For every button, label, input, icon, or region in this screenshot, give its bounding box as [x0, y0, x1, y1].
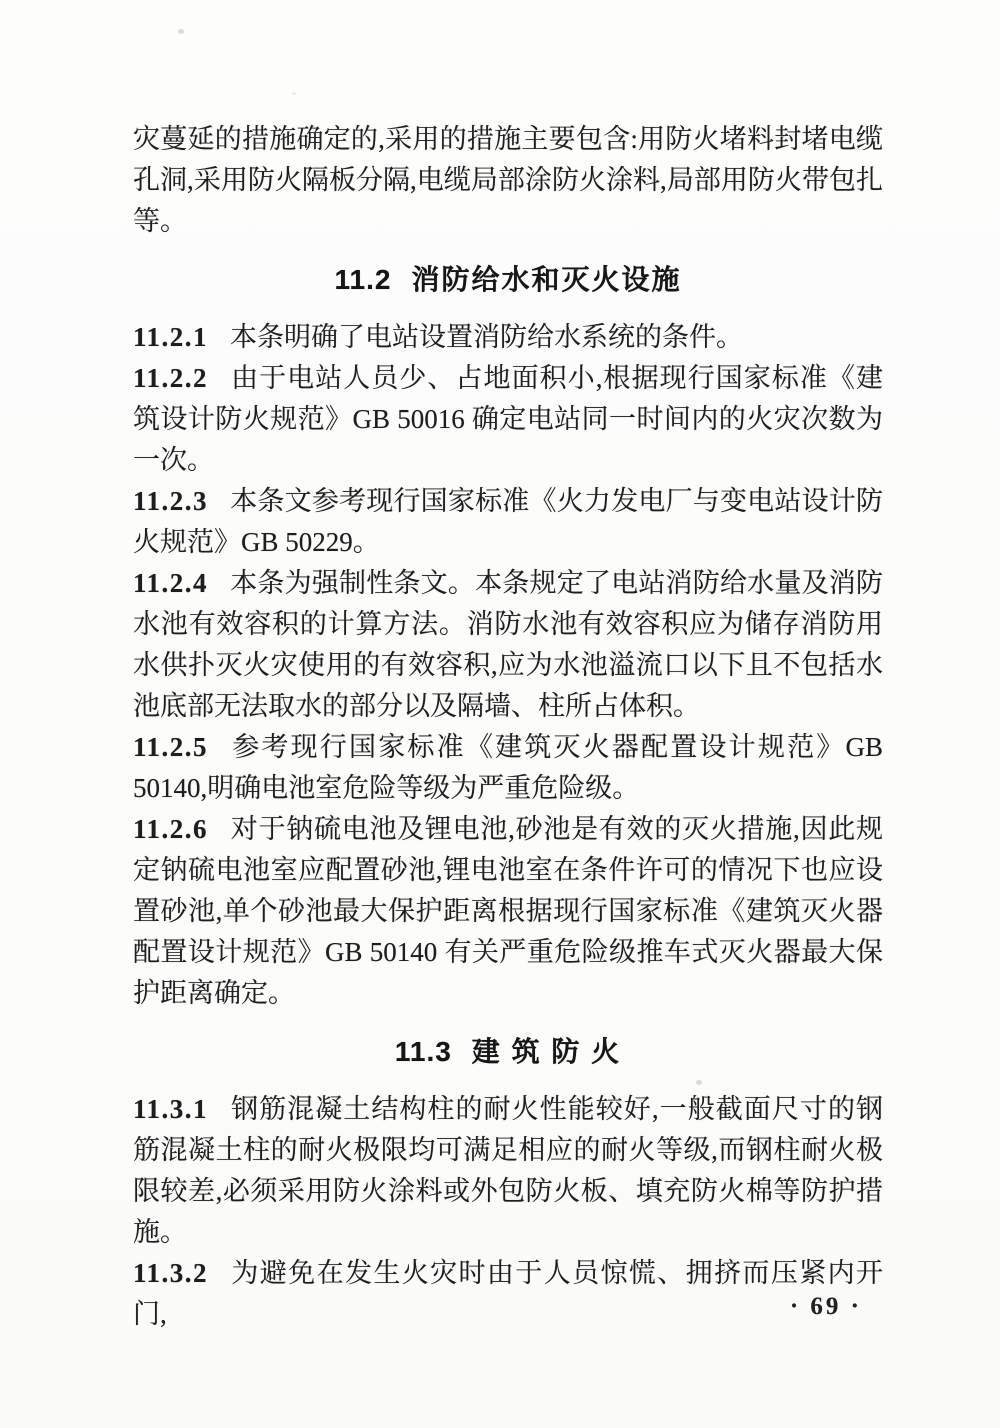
clause-text: 参考现行国家标准《建筑灭火器配置设计规范》GB 50140,明确电池室危险等级为…	[133, 732, 883, 803]
clause-number: 11.2.5	[133, 732, 230, 762]
clause-11-2-3: 11.2.3本条文参考现行国家标准《火力发电厂与变电站设计防火规范》GB 502…	[133, 481, 883, 563]
clause-number: 11.2.6	[133, 814, 230, 844]
clause-number: 11.2.2	[133, 363, 230, 393]
document-page: 灾蔓延的措施确定的,采用的措施主要包含:用防火堵料封堵电缆孔洞,采用防火隔板分隔…	[0, 0, 1000, 1428]
clause-11-3-2: 11.3.2为避免在发生火灾时由于人员惊慌、拥挤而压紧内开门,	[133, 1253, 883, 1335]
paragraph-continuation: 灾蔓延的措施确定的,采用的措施主要包含:用防火堵料封堵电缆孔洞,采用防火隔板分隔…	[133, 119, 883, 242]
clause-number: 11.2.1	[133, 322, 230, 352]
page-number: · 69 ·	[790, 1292, 862, 1322]
scan-speck	[292, 92, 296, 95]
clause-text: 本条为强制性条文。本条规定了电站消防给水量及消防水池有效容积的计算方法。消防水池…	[133, 568, 883, 721]
scan-speck	[178, 29, 184, 34]
clause-text: 本条文参考现行国家标准《火力发电厂与变电站设计防火规范》GB 50229。	[133, 486, 883, 557]
clause-number: 11.3.1	[133, 1094, 230, 1124]
clause-11-2-2: 11.2.2由于电站人员少、占地面积小,根据现行国家标准《建筑设计防火规范》GB…	[133, 358, 883, 481]
section-number: 11.3	[395, 1036, 472, 1067]
clause-number: 11.2.4	[133, 568, 230, 598]
section-title: 消防给水和灭火设施	[411, 264, 681, 295]
clause-text: 对于钠硫电池及锂电池,砂池是有效的灭火措施,因此规定钠硫电池室应配置砂池,锂电池…	[133, 814, 883, 1008]
clause-text: 由于电站人员少、占地面积小,根据现行国家标准《建筑设计防火规范》GB 50016…	[133, 363, 883, 475]
clause-number: 11.3.2	[133, 1258, 230, 1288]
page-content: 灾蔓延的措施确定的,采用的措施主要包含:用防火堵料封堵电缆孔洞,采用防火隔板分隔…	[133, 119, 883, 1335]
clause-11-2-5: 11.2.5参考现行国家标准《建筑灭火器配置设计规范》GB 50140,明确电池…	[133, 727, 883, 809]
clause-text: 钢筋混凝土结构柱的耐火性能较好,一般截面尺寸的钢筋混凝土柱的耐火极限均可满足相应…	[133, 1094, 883, 1247]
clause-11-2-6: 11.2.6对于钠硫电池及锂电池,砂池是有效的灭火措施,因此规定钠硫电池室应配置…	[133, 809, 883, 1014]
section-title: 建 筑 防 火	[472, 1036, 621, 1067]
clause-11-2-4: 11.2.4本条为强制性条文。本条规定了电站消防给水量及消防水池有效容积的计算方…	[133, 563, 883, 727]
clause-text: 为避免在发生火灾时由于人员惊慌、拥挤而压紧内开门,	[133, 1258, 883, 1329]
section-number: 11.2	[335, 264, 412, 295]
section-heading-11-3: 11.3建 筑 防 火	[133, 1031, 883, 1072]
clause-number: 11.2.3	[133, 486, 230, 516]
clause-11-3-1: 11.3.1钢筋混凝土结构柱的耐火性能较好,一般截面尺寸的钢筋混凝土柱的耐火极限…	[133, 1089, 883, 1253]
clause-text: 本条明确了电站设置消防给水系统的条件。	[230, 322, 743, 352]
section-heading-11-2: 11.2消防给水和灭火设施	[133, 259, 883, 300]
clause-11-2-1: 11.2.1本条明确了电站设置消防给水系统的条件。	[133, 317, 883, 358]
